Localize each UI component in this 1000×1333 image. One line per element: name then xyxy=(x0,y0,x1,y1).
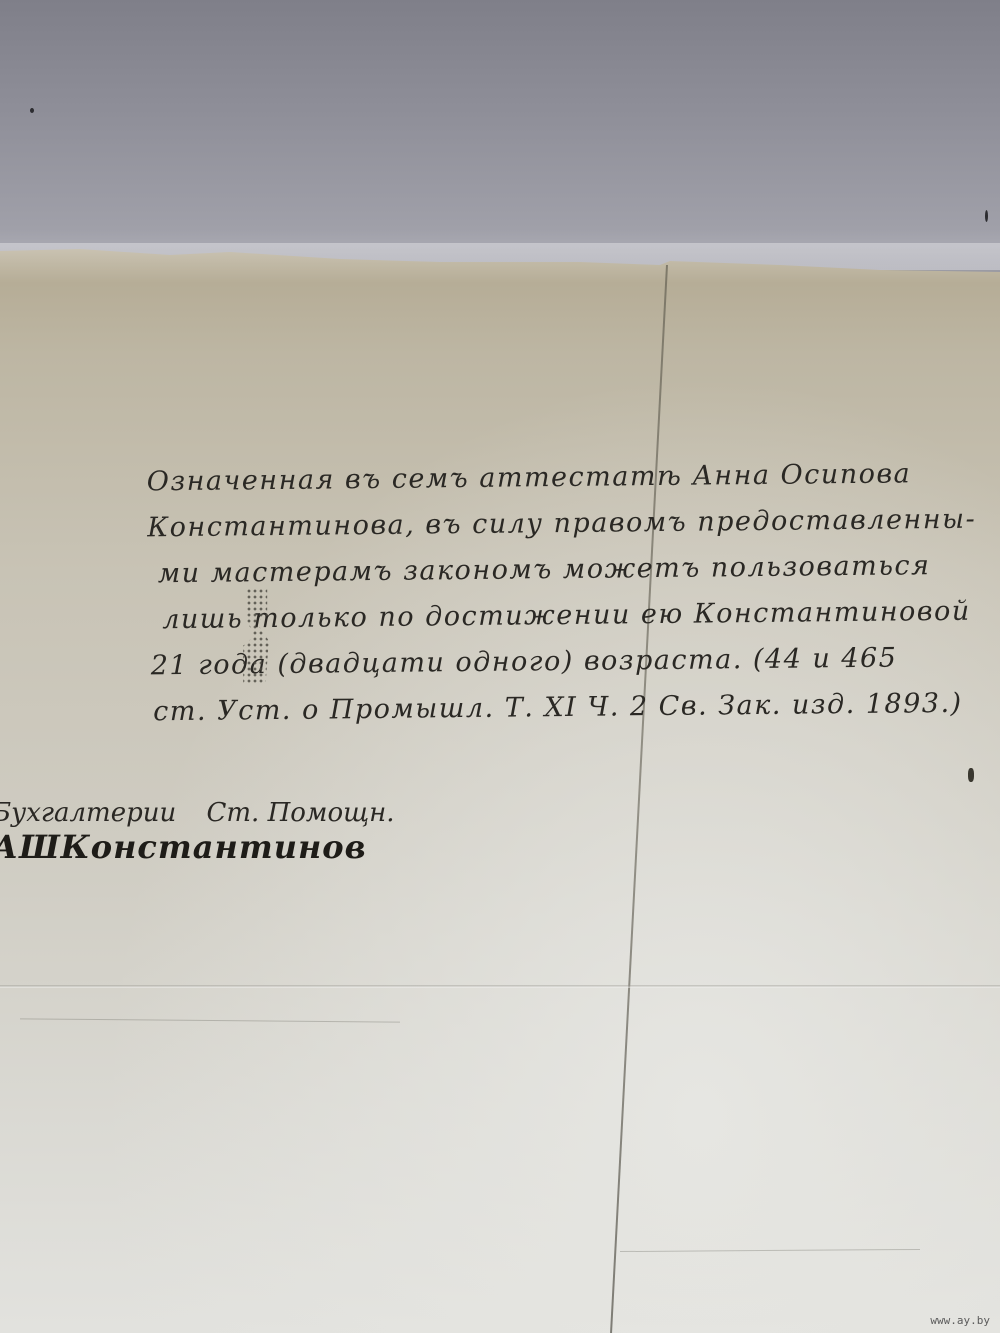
signature-row: Бухгалтерии Ст. Помощн. АШКонстантинов xyxy=(0,798,612,866)
site-watermark: www.ay.by xyxy=(930,1314,990,1327)
handwritten-text-block: Означенная въ семъ аттестатѣ Анна Осипов… xyxy=(147,451,980,736)
handwritten-line: ст. Уст. о Промышл. Т. XI Ч. 2 Св. Зак. … xyxy=(149,681,979,736)
ink-mark xyxy=(968,768,974,782)
dust-speck xyxy=(30,108,34,113)
aged-paper-sheet xyxy=(0,245,1000,1333)
dust-speck xyxy=(985,210,988,222)
signatory-title: Бухгалтерии xyxy=(0,798,176,828)
horizontal-fold-line xyxy=(0,985,1000,988)
handwritten-signature: АШКонстантинов xyxy=(0,828,367,868)
signatory-role: Ст. Помощн. xyxy=(207,798,395,828)
background-surface xyxy=(0,0,1000,270)
